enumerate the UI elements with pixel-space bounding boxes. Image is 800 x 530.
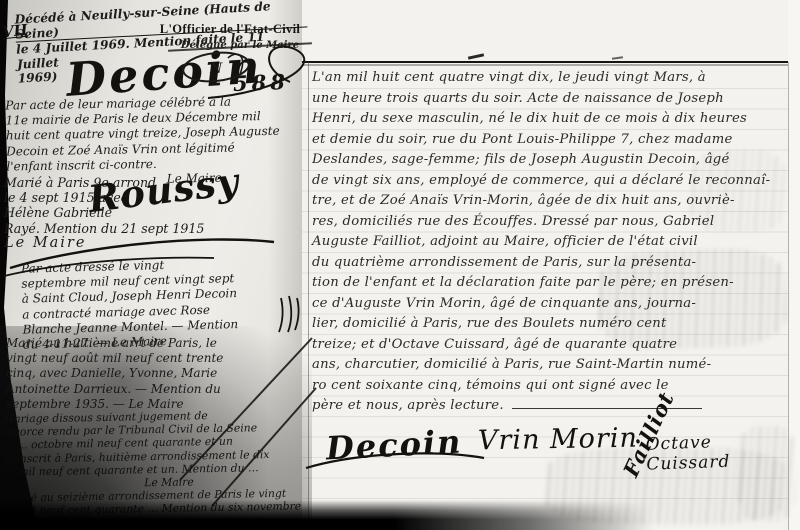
act-line: et demie du soir, rue du Pont Louis-Phil…	[312, 130, 782, 151]
signature-octave-cuissard: Octave Cuissard	[645, 429, 800, 474]
act-line: L'an mil huit cent quatre vingt dix, le …	[312, 68, 782, 89]
act-line: une heure trois quarts du soir. Acte de …	[312, 89, 782, 110]
officier-etat-civil-label: L'Officier de l'Etat-Civil	[148, 22, 312, 37]
act-line: tre, et de Zoé Anaïs Vrin-Morin, âgée de…	[312, 191, 782, 212]
header-rule	[302, 61, 788, 63]
act-line: ans, charcutier, domicilié à Paris, rue …	[312, 355, 782, 376]
act-line: tion de l'enfant et la déclaration faite…	[312, 273, 782, 294]
pen-strokes	[150, 330, 320, 510]
signature-flourish	[300, 448, 490, 478]
margin-roman-numeral: VII	[1, 21, 28, 42]
act-line-last: père et nous, après lecture.	[312, 396, 782, 417]
signature-vrin-morin: Vrin Morin	[478, 423, 638, 457]
act-line: Henri, du sexe masculin, né le dix huit …	[312, 109, 782, 130]
act-line: res, domiciliés rue des Écouffes. Dressé…	[312, 212, 782, 233]
act-line: de vingt six ans, employé de commerce, q…	[312, 171, 782, 192]
act-line: ce d'Auguste Vrin Morin, âgé de cinquant…	[312, 294, 782, 315]
birth-act-body: L'an mil huit cent quatre vingt dix, le …	[312, 68, 782, 417]
civil-registry-scan: VII Décédé à Neuilly-sur-Seine (Hauts de…	[0, 0, 800, 530]
maire-paraph	[2, 226, 282, 278]
surname-flourish	[200, 40, 350, 110]
act-line: ro cent soixante cinq, témoins qui ont s…	[312, 376, 782, 397]
act-line: Auguste Failliot, adjoint au Maire, offi…	[312, 232, 782, 253]
act-line: du quatrième arrondissement de Paris, su…	[312, 253, 782, 274]
act-line: treize; et d'Octave Cuissard, âgé de qua…	[312, 335, 782, 356]
act-line-text: père et nous, après lecture.	[312, 398, 504, 413]
act-line: lier, domicilié à Paris, rue des Boulets…	[312, 314, 782, 335]
act-line: Deslandes, sage-femme; fils de Joseph Au…	[312, 150, 782, 171]
